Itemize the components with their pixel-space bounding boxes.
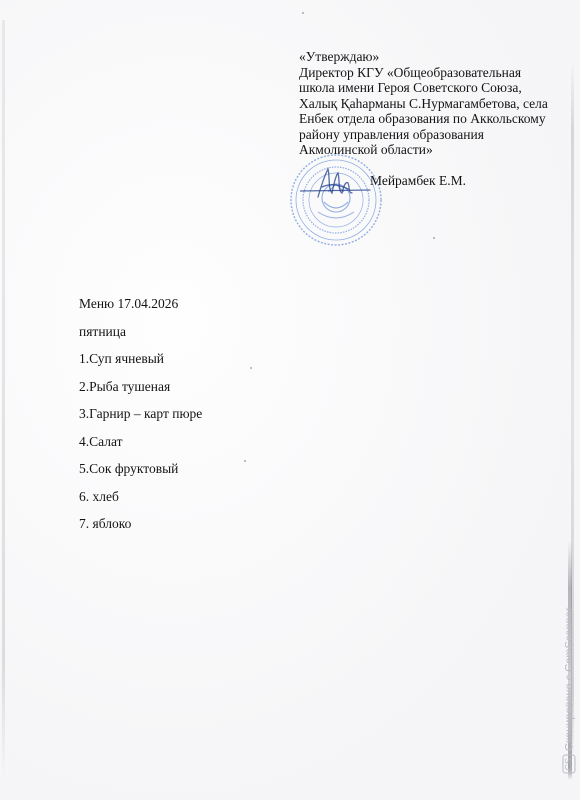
approval-line: Директор КГУ «Общеобразовательная (299, 65, 579, 81)
menu-item: 7. яблоко (79, 516, 202, 544)
menu-item: 1.Суп ячневый (79, 351, 202, 379)
watermark-text: Сканировано с CamScanner (563, 607, 575, 750)
menu-day: пятница (79, 324, 202, 352)
scan-speck (250, 367, 252, 369)
menu-item: 2.Рыба тушеная (79, 379, 202, 407)
scan-speck (244, 460, 246, 462)
approval-line: школа имени Героя Советского Союза, (299, 80, 579, 96)
approval-heading: «Утверждаю» (299, 49, 579, 65)
menu-item: 6. хлеб (79, 489, 202, 517)
menu-block: Меню 17.04.2026 пятница 1.Суп ячневый 2.… (79, 296, 202, 544)
menu-item: 5.Сок фруктовый (79, 461, 202, 489)
scan-speck (302, 12, 304, 14)
approval-line: Халық Қаһарманы С.Нурмагамбетова, села (299, 96, 579, 112)
scan-edge-left (2, 20, 5, 780)
approval-line: Енбек отдела образования по Аккольскому (299, 111, 579, 127)
menu-item: 4.Салат (79, 434, 202, 462)
camscanner-logo-icon: CS (563, 754, 576, 773)
approval-line: району управления образования (299, 127, 579, 143)
camscanner-watermark: CS Сканировано с CamScanner (558, 590, 580, 790)
signatory-name: Мейрамбек Е.М. (370, 173, 466, 189)
scan-speck (433, 237, 435, 239)
approval-block: «Утверждаю» Директор КГУ «Общеобразовате… (299, 49, 579, 158)
menu-title: Меню 17.04.2026 (79, 296, 202, 324)
scanned-page: «Утверждаю» Директор КГУ «Общеобразовате… (0, 0, 580, 800)
menu-item: 3.Гарнир – карт пюре (79, 406, 202, 434)
handwritten-signature-icon (300, 163, 380, 203)
